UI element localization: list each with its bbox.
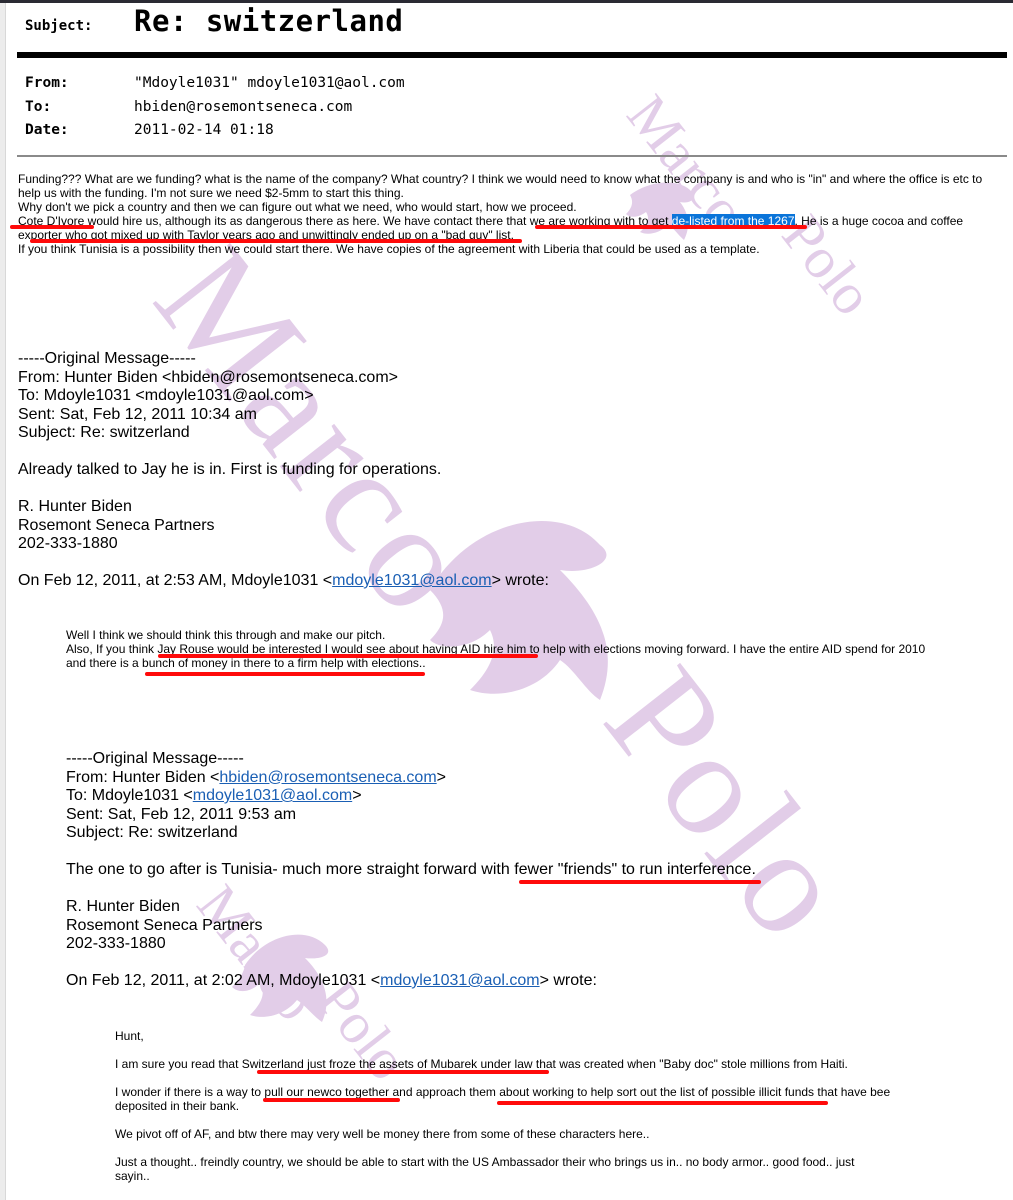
annotation-underline bbox=[519, 880, 761, 884]
body-line: Why don't we pick a country and then we … bbox=[18, 200, 982, 214]
from-value: "Mdoyle1031" mdoyle1031@aol.com bbox=[134, 75, 405, 91]
quoted-subject: Subject: Re: switzerland bbox=[66, 824, 756, 843]
quoted-from: From: Hunter Biden <hbiden@rosemontsenec… bbox=[66, 769, 756, 788]
signature-phone: 202-333-1880 bbox=[18, 535, 549, 554]
quoted-from: From: Hunter Biden <hbiden@rosemontsenec… bbox=[18, 369, 549, 388]
wrote-line: On Feb 12, 2011, at 2:02 AM, Mdoyle1031 … bbox=[66, 972, 756, 991]
quoted-message-1: -----Original Message----- From: Hunter … bbox=[18, 350, 549, 591]
email-link[interactable]: mdoyle1031@aol.com bbox=[193, 787, 352, 804]
body-line: Well I think we should think this throug… bbox=[66, 628, 925, 642]
quoted-subject: Subject: Re: switzerland bbox=[18, 424, 549, 443]
signature-name: R. Hunter Biden bbox=[66, 898, 756, 917]
annotation-underline bbox=[158, 654, 538, 658]
body-line: Cote D'Ivore would hire us, although its… bbox=[18, 214, 982, 228]
annotation-underline bbox=[145, 672, 425, 676]
original-message-separator: -----Original Message----- bbox=[18, 350, 549, 369]
email-link[interactable]: mdoyle1031@aol.com bbox=[332, 572, 491, 589]
paragraph-3: We pivot off of AF, and btw there may ve… bbox=[115, 1127, 890, 1141]
body-line: Funding??? What are we funding? what is … bbox=[18, 172, 982, 186]
quoted-to: To: Mdoyle1031 <mdoyle1031@aol.com> bbox=[66, 787, 756, 806]
from-label: From: bbox=[25, 75, 69, 91]
paragraph-4-cont: sayin.. bbox=[115, 1169, 890, 1183]
email-link[interactable]: hbiden@rosemontseneca.com bbox=[219, 769, 436, 786]
signature-company: Rosemont Seneca Partners bbox=[18, 517, 549, 536]
annotation-underline bbox=[257, 1070, 549, 1074]
annotation-underline bbox=[535, 225, 807, 229]
greeting: Hunt, bbox=[115, 1029, 890, 1043]
original-message-body: Hunt, I am sure you read that Switzerlan… bbox=[115, 1029, 890, 1183]
date-label: Date: bbox=[25, 122, 69, 138]
paragraph-2: I wonder if there is a way to pull our n… bbox=[115, 1085, 890, 1099]
to-value: hbiden@rosemontseneca.com bbox=[134, 99, 352, 115]
body-line: If you think Tunisia is a possibility th… bbox=[18, 242, 982, 256]
email-subject: Re: switzerland bbox=[134, 4, 403, 38]
annotation-underline bbox=[263, 1098, 400, 1102]
quoted-to: To: Mdoyle1031 <mdoyle1031@aol.com> bbox=[18, 387, 549, 406]
header-divider-thin bbox=[17, 155, 1007, 157]
signature-name: R. Hunter Biden bbox=[18, 498, 549, 517]
quoted-sent: Sent: Sat, Feb 12, 2011 10:34 am bbox=[18, 406, 549, 425]
quoted-body: The one to go after is Tunisia- much mor… bbox=[66, 861, 756, 880]
subject-label: Subject: bbox=[25, 18, 92, 34]
body-line: and there is a bunch of money in there t… bbox=[66, 656, 925, 670]
quoted-message-3: -----Original Message----- From: Hunter … bbox=[66, 750, 756, 991]
to-label: To: bbox=[25, 99, 51, 115]
date-value: 2011-02-14 01:18 bbox=[134, 122, 274, 138]
annotation-underline bbox=[30, 239, 522, 243]
wrote-line: On Feb 12, 2011, at 2:53 AM, Mdoyle1031 … bbox=[18, 572, 549, 591]
quoted-sent: Sent: Sat, Feb 12, 2011 9:53 am bbox=[66, 806, 756, 825]
signature-phone: 202-333-1880 bbox=[66, 935, 756, 954]
annotation-underline bbox=[497, 1101, 828, 1105]
paragraph-4: Just a thought.. freindly country, we sh… bbox=[115, 1155, 890, 1169]
message-latest-body: Funding??? What are we funding? what is … bbox=[18, 172, 982, 256]
email-link[interactable]: mdoyle1031@aol.com bbox=[380, 972, 539, 989]
original-message-separator: -----Original Message----- bbox=[66, 750, 756, 769]
body-line: help us with the funding. I'm not sure w… bbox=[18, 186, 982, 200]
body-text: . He is a huge cocoa and coffee bbox=[795, 214, 964, 228]
paragraph-1: I am sure you read that Switzerland just… bbox=[115, 1057, 890, 1071]
quoted-message-2-body: Well I think we should think this throug… bbox=[66, 628, 925, 670]
quoted-body: Already talked to Jay he is in. First is… bbox=[18, 461, 549, 480]
signature-company: Rosemont Seneca Partners bbox=[66, 917, 756, 936]
header-divider-thick bbox=[17, 52, 1007, 58]
annotation-underline bbox=[10, 225, 94, 229]
